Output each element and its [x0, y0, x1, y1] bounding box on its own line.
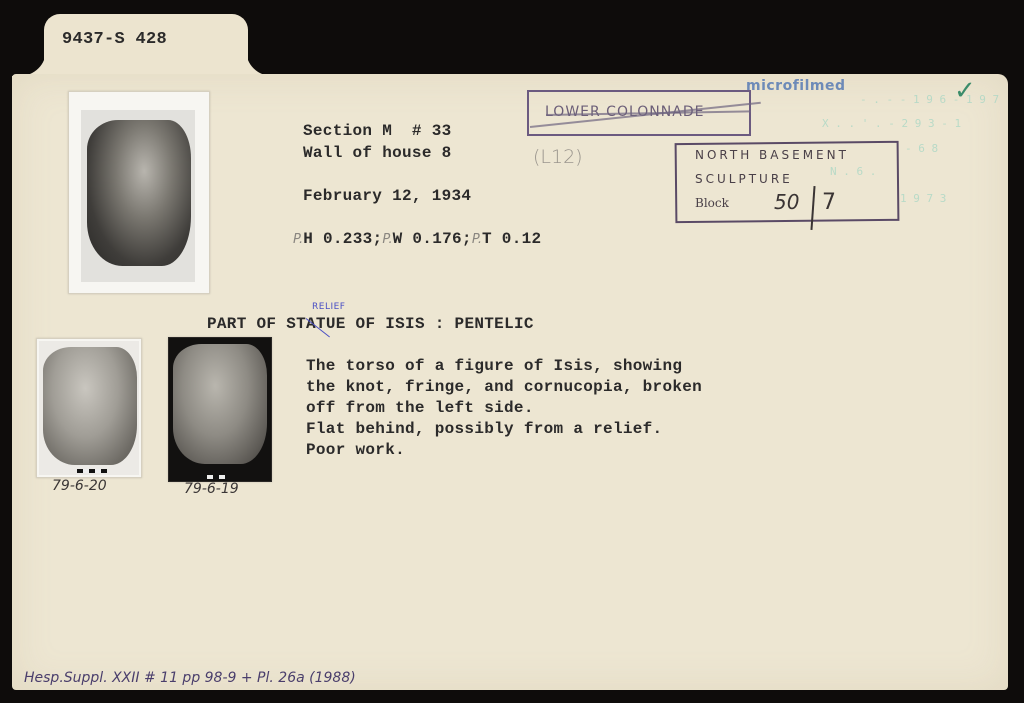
sculpture-fragment-image	[87, 120, 191, 266]
description-line: Poor work.	[306, 440, 702, 461]
faded-stamp-line: X . . ' . - 2 9 3 - 1	[822, 117, 961, 130]
photo-left-backdrop	[39, 341, 139, 475]
dimensions: P.H 0.233;P.W 0.176;P.T 0.12	[293, 230, 541, 248]
scale-bar	[77, 469, 107, 473]
faded-stamp-line: - 6 8	[905, 142, 938, 155]
section-number: Section M # 33	[303, 122, 452, 140]
object-title: PART OF STATUE OF ISIS : PENTELIC	[207, 315, 534, 333]
description-line: off from the left side.	[306, 398, 702, 419]
dimension-width: W 0.176;	[393, 230, 472, 248]
description-line: Flat behind, possibly from a relief.	[306, 419, 702, 440]
title-prefix: PART OF	[207, 315, 286, 333]
block-number-right: 7	[822, 190, 836, 215]
dimension-prefix-t: P.	[472, 232, 482, 247]
dimension-height: H 0.233;	[303, 230, 382, 248]
dimension-prefix-w: P.	[382, 232, 392, 247]
title-suffix: OF ISIS : PENTELIC	[346, 315, 534, 333]
photo-left	[36, 338, 142, 478]
block-number-left: 50	[774, 190, 799, 214]
stamp-microfilmed: microfilmed	[746, 78, 846, 94]
faded-stamp-line: 1 9 7 3	[900, 192, 946, 205]
find-date: February 12, 1934	[303, 187, 471, 205]
scale-bar	[201, 475, 229, 479]
description: The torso of a figure of Isis, showing t…	[306, 356, 702, 461]
pencil-note-l12: (L12)	[533, 146, 583, 168]
main-photo-backdrop	[81, 110, 195, 282]
photo-right	[168, 337, 272, 482]
description-line: The torso of a figure of Isis, showing	[306, 356, 702, 377]
title-struck-word: STATUE	[286, 315, 345, 333]
sculpture-fragment-image	[173, 344, 267, 464]
description-line: the knot, fringe, and cornucopia, broken	[306, 377, 702, 398]
dimension-prefix-h: P.	[293, 232, 303, 247]
main-photo	[68, 91, 210, 294]
stamp-north-basement-line1: NORTH BASEMENT	[695, 148, 849, 162]
dimension-thickness: T 0.12	[482, 230, 541, 248]
find-location: Wall of house 8	[303, 144, 452, 162]
photo-right-caption: 79-6-19	[184, 481, 239, 497]
faded-stamp-line: - . - - 1 9 6 - 1 9 7	[860, 93, 999, 106]
stamp-north-basement-line2: SCULPTURE	[695, 172, 793, 186]
photo-left-caption: 79-6-20	[52, 478, 107, 494]
inventory-number: 9437-S 428	[62, 30, 167, 49]
bibliography-note: Hesp.Suppl. XXII # 11 pp 98-9 + Pl. 26a …	[24, 670, 356, 686]
title-correction-relief: RELIEF	[312, 302, 345, 312]
sculpture-fragment-image	[43, 347, 137, 465]
stamp-block-label: Block	[695, 196, 729, 210]
